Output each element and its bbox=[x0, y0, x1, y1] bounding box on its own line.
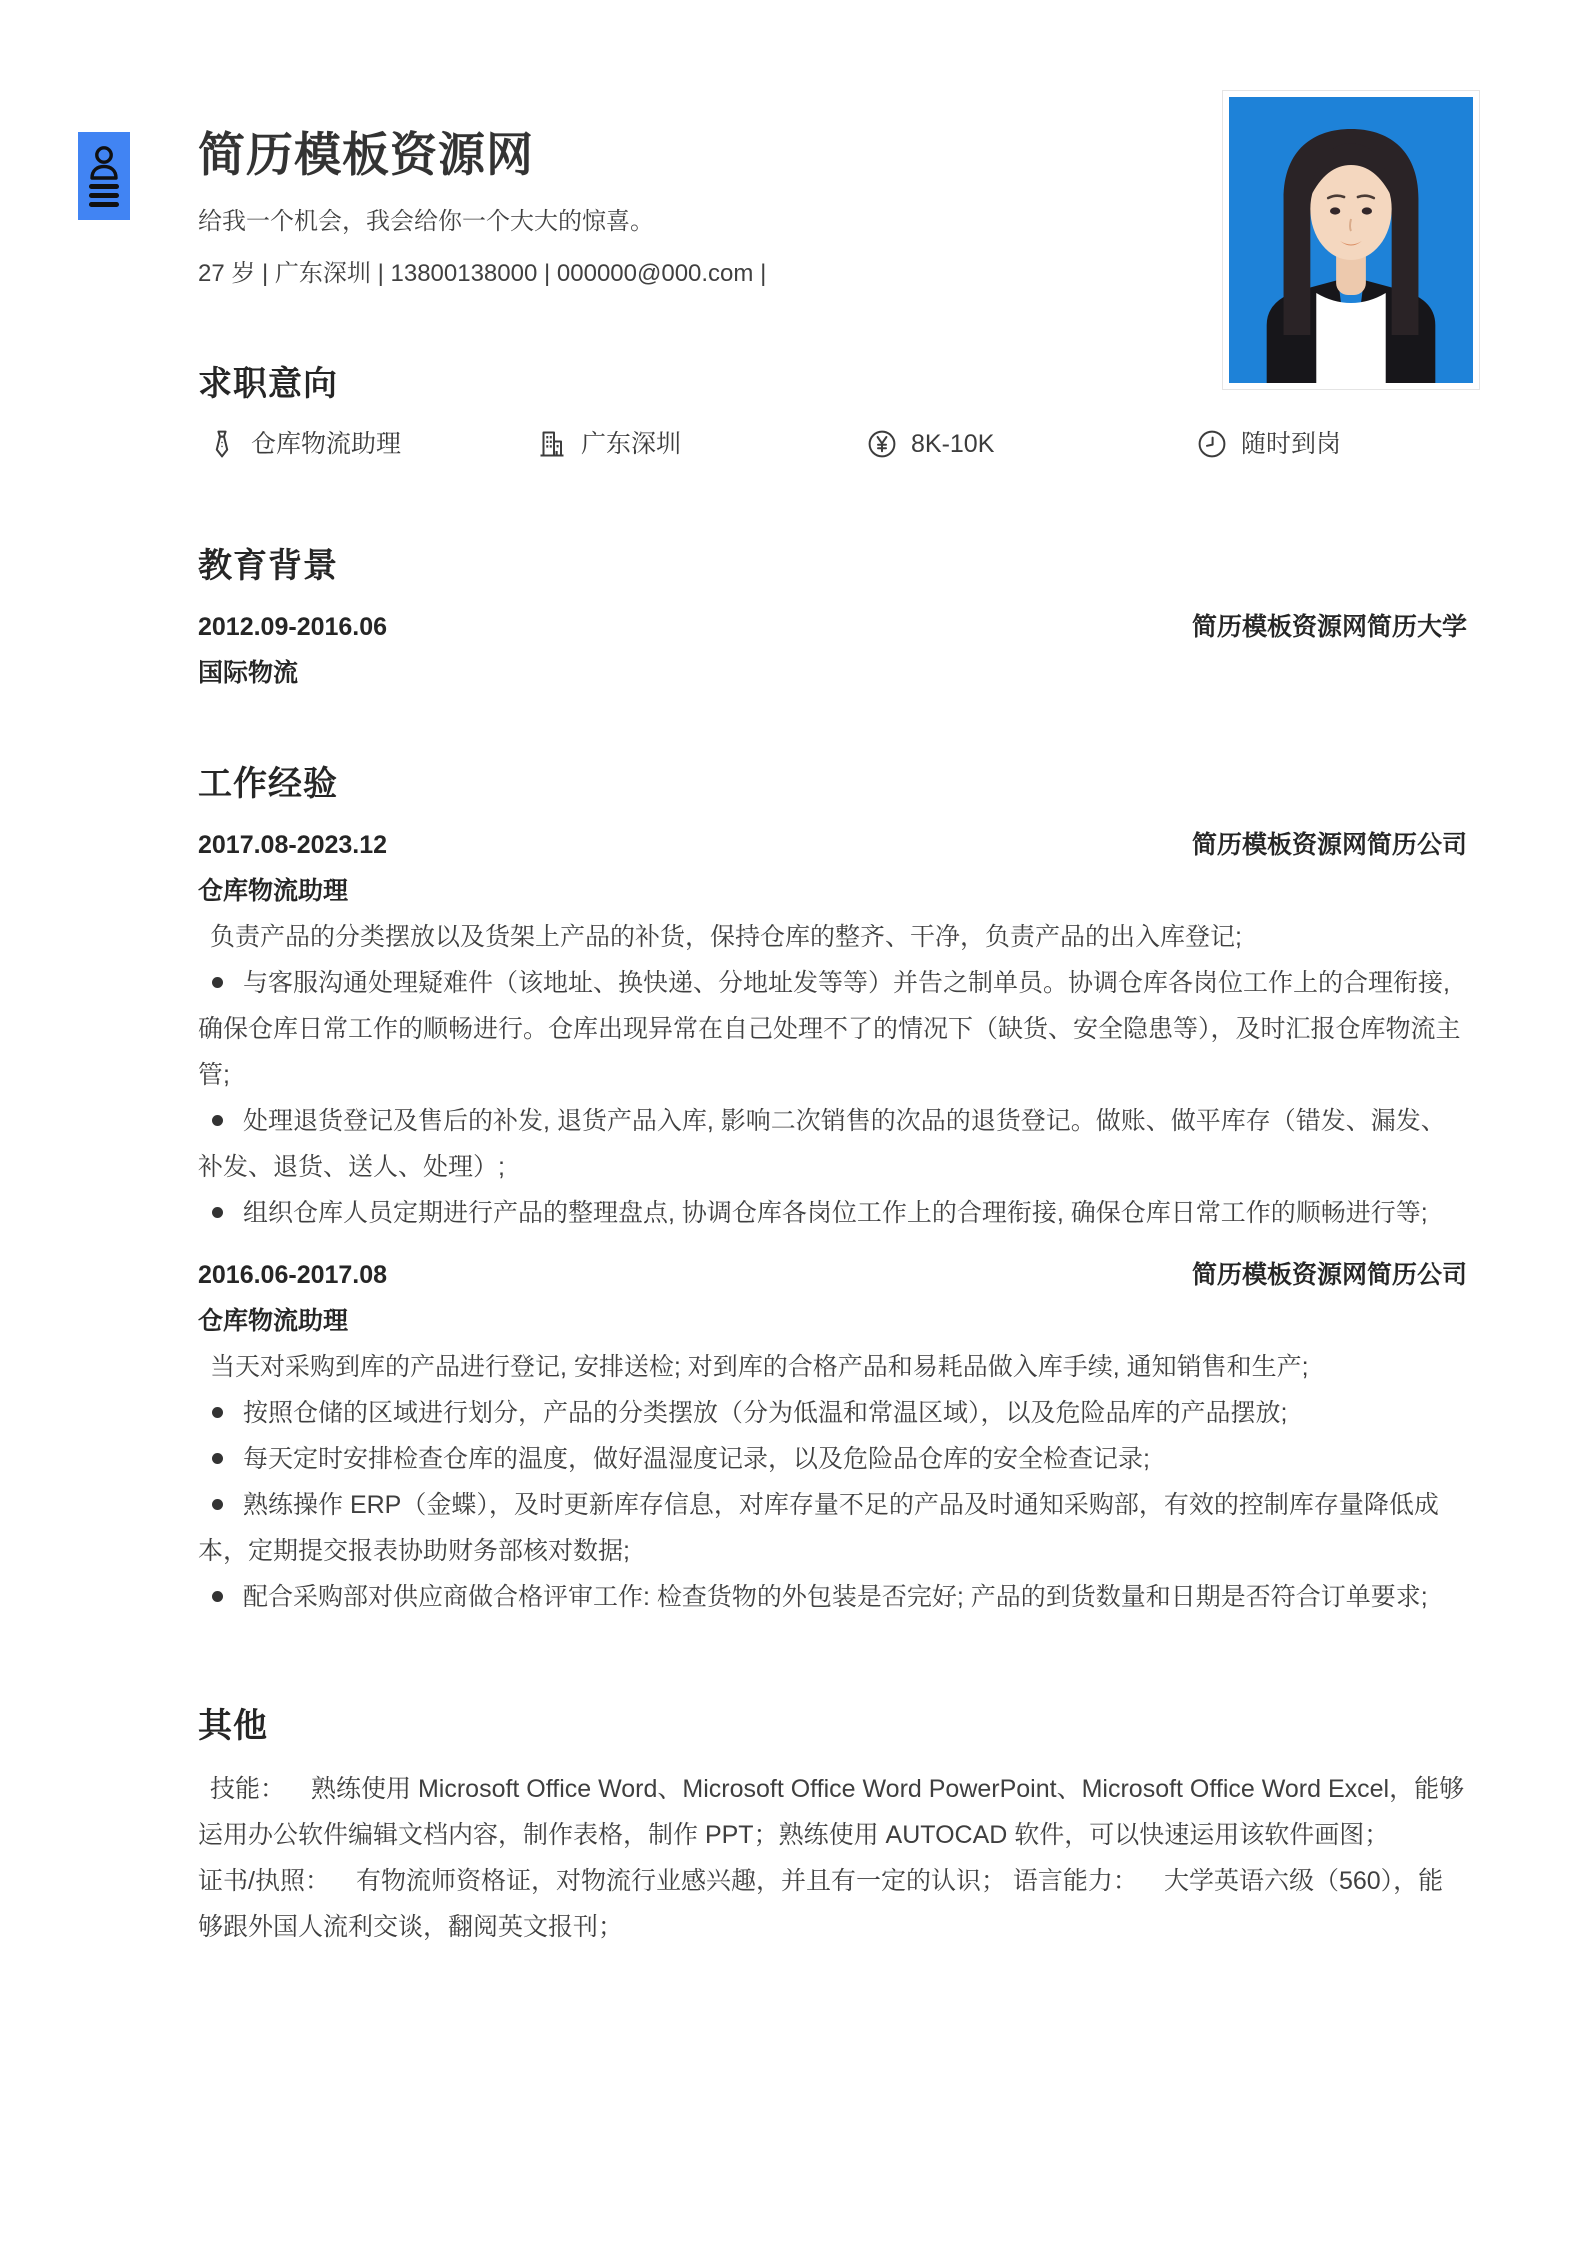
work-company: 简历模板资源网简历公司 bbox=[1192, 1252, 1467, 1298]
work-bullet: 每天定时安排检查仓库的温度，做好温湿度记录，以及危险品仓库的安全检查记录; bbox=[198, 1436, 1467, 1482]
work-company: 简历模板资源网简历公司 bbox=[1192, 822, 1467, 868]
work-bullet: 组织仓库人员定期进行产品的整理盘点, 协调仓库各岗位工作上的合理衔接, 确保仓库… bbox=[198, 1190, 1467, 1236]
building-icon bbox=[536, 428, 568, 460]
section-other: 其他 技能：熟练使用 Microsoft Office Word、Microso… bbox=[198, 1704, 1467, 1950]
other-paragraph: 技能：熟练使用 Microsoft Office Word、Microsoft … bbox=[198, 1766, 1467, 1950]
section-work: 工作经验 2017.08-2023.12 简历模板资源网简历公司 仓库物流助理 … bbox=[198, 762, 1467, 1620]
portrait-illustration bbox=[1229, 97, 1473, 383]
intent-salary-label: 8K-10K bbox=[911, 426, 994, 462]
work-intro: 负责产品的分类摆放以及货架上产品的补货，保持仓库的整齐、干净，负责产品的出入库登… bbox=[198, 914, 1467, 960]
work-period: 2017.08-2023.12 bbox=[198, 822, 387, 868]
bullet-dot-icon bbox=[212, 1207, 223, 1218]
other-language-label: 语言能力： bbox=[1013, 1867, 1164, 1895]
work-role: 仓库物流助理 bbox=[198, 868, 1467, 914]
intent-item-position: 仓库物流助理 bbox=[198, 426, 528, 462]
intent-item-availability: 随时到岗 bbox=[1188, 426, 1341, 462]
work-bullet: 处理退货登记及售后的补发, 退货产品入库, 影响二次销售的次品的退货登记。做账、… bbox=[198, 1098, 1467, 1190]
work-role: 仓库物流助理 bbox=[198, 1298, 1467, 1344]
education-entry: 2012.09-2016.06 简历模板资源网简历大学 bbox=[198, 604, 1467, 650]
work-period: 2016.06-2017.08 bbox=[198, 1252, 387, 1298]
work-entry: 2016.06-2017.08 简历模板资源网简历公司 仓库物流助理 当天对采购… bbox=[198, 1252, 1467, 1620]
bullet-dot-icon bbox=[212, 1115, 223, 1126]
job-intent-row: 仓库物流助理 bbox=[198, 426, 1467, 462]
section-education: 教育背景 2012.09-2016.06 简历模板资源网简历大学 国际物流 bbox=[198, 544, 1467, 696]
resume-page: 简历模板资源网 给我一个机会，我会给你一个大大的惊喜。 27 岁 | 广东深圳 … bbox=[0, 0, 1587, 2245]
work-bullet: 按照仓储的区域进行划分，产品的分类摆放（分为低温和常温区域），以及危险品库的产品… bbox=[198, 1390, 1467, 1436]
work-entry-head: 2017.08-2023.12 简历模板资源网简历公司 bbox=[198, 822, 1467, 868]
education-major: 国际物流 bbox=[198, 650, 1467, 696]
work-bullet: 与客服沟通处理疑难件（该地址、换快递、分地址发等等）并告之制单员。协调仓库各岗位… bbox=[198, 960, 1467, 1098]
section-title-education: 教育背景 bbox=[198, 544, 1467, 588]
intent-availability-label: 随时到岗 bbox=[1241, 426, 1341, 462]
bullet-dot-icon bbox=[212, 1499, 223, 1510]
profile-photo bbox=[1222, 90, 1480, 390]
other-skill-label: 技能： bbox=[210, 1775, 311, 1803]
tie-icon bbox=[206, 428, 238, 460]
person-resume-icon bbox=[78, 132, 130, 220]
intent-item-salary: 8K-10K bbox=[858, 426, 1188, 462]
education-school: 简历模板资源网简历大学 bbox=[1192, 604, 1467, 650]
bullet-dot-icon bbox=[212, 977, 223, 988]
clock-icon bbox=[1196, 428, 1228, 460]
section-title-other: 其他 bbox=[198, 1704, 1467, 1748]
work-bullet: 配合采购部对供应商做合格评审工作: 检查货物的外包装是否完好; 产品的到货数量和… bbox=[198, 1574, 1467, 1620]
other-skill-text: 熟练使用 Microsoft Office Word、Microsoft Off… bbox=[198, 1775, 1464, 1849]
work-intro: 当天对采购到库的产品进行登记, 安排送检; 对到库的合格产品和易耗品做入库手续,… bbox=[198, 1344, 1467, 1390]
work-entry-head: 2016.06-2017.08 简历模板资源网简历公司 bbox=[198, 1252, 1467, 1298]
bullet-dot-icon bbox=[212, 1453, 223, 1464]
intent-position-label: 仓库物流助理 bbox=[251, 426, 401, 462]
work-bullet: 熟练操作 ERP（金蝶），及时更新库存信息，对库存量不足的产品及时通知采购部，有… bbox=[198, 1482, 1467, 1574]
education-period: 2012.09-2016.06 bbox=[198, 604, 387, 650]
intent-item-location: 广东深圳 bbox=[528, 426, 858, 462]
resume-badge bbox=[78, 132, 130, 220]
bullet-dot-icon bbox=[212, 1591, 223, 1602]
section-title-work: 工作经验 bbox=[198, 762, 1467, 806]
bullet-dot-icon bbox=[212, 1407, 223, 1418]
yuan-icon bbox=[866, 428, 898, 460]
other-cert-label: 证书/执照： bbox=[198, 1867, 356, 1895]
other-cert-text: 有物流师资格证，对物流行业感兴趣，并且有一定的认识； bbox=[356, 1867, 1006, 1895]
intent-location-label: 广东深圳 bbox=[581, 426, 681, 462]
work-entry: 2017.08-2023.12 简历模板资源网简历公司 仓库物流助理 负责产品的… bbox=[198, 822, 1467, 1236]
